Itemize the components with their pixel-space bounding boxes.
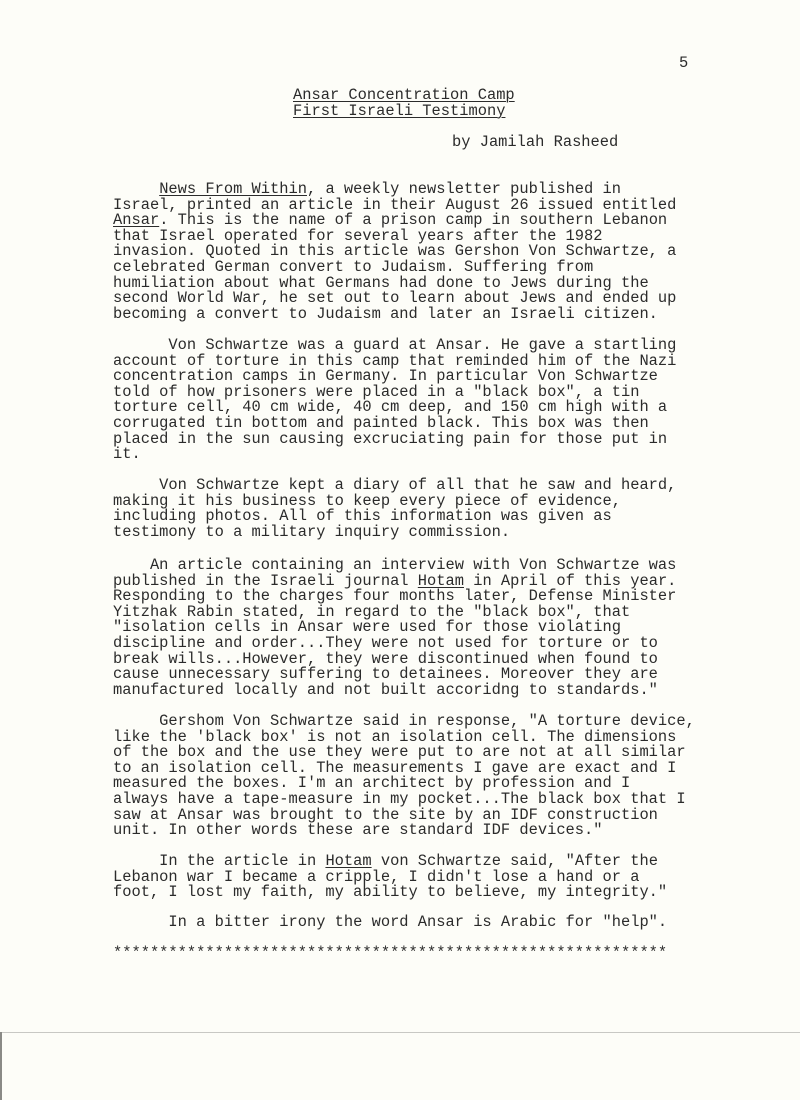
scan-page-edge [0,1032,800,1033]
text-line: foot, I lost my faith, my ability to bel… [113,883,667,901]
asterisk-separator: ****************************************… [113,946,667,962]
paragraph-6: In the article in Hotam von Schwartze sa… [113,854,713,901]
paragraph-4: An article containing an interview with … [113,558,713,698]
text-line: becoming a convert to Judaism and later … [113,305,658,323]
text-line: In a bitter irony the word Ansar is Arab… [113,913,667,931]
paragraph-1: News From Within, a weekly newsletter pu… [113,182,713,322]
title-line-2: First Israeli Testimony [293,104,515,120]
text-line: manufactured locally and not built accor… [113,681,658,699]
text-line: testimony to a military inquiry commissi… [113,523,510,541]
paragraph-7: In a bitter irony the word Ansar is Arab… [113,915,713,931]
text-line: placed in the sun causing excruciating p… [113,430,667,448]
text-line: it. [113,445,141,463]
document-page: 5 Ansar Concentration Camp First Israeli… [0,0,800,1100]
paragraph-5: Gershom Von Schwartze said in response, … [113,714,713,839]
article-title: Ansar Concentration Camp First Israeli T… [293,88,515,119]
page-number: 5 [679,56,688,72]
author-byline: by Jamilah Rasheed [452,135,618,151]
scan-page-edge-left [0,1032,2,1100]
paragraph-2: Von Schwartze was a guard at Ansar. He g… [113,338,713,463]
text-line: unit. In other words these are standard … [113,821,603,839]
paragraph-3: Von Schwartze kept a diary of all that h… [113,478,713,540]
